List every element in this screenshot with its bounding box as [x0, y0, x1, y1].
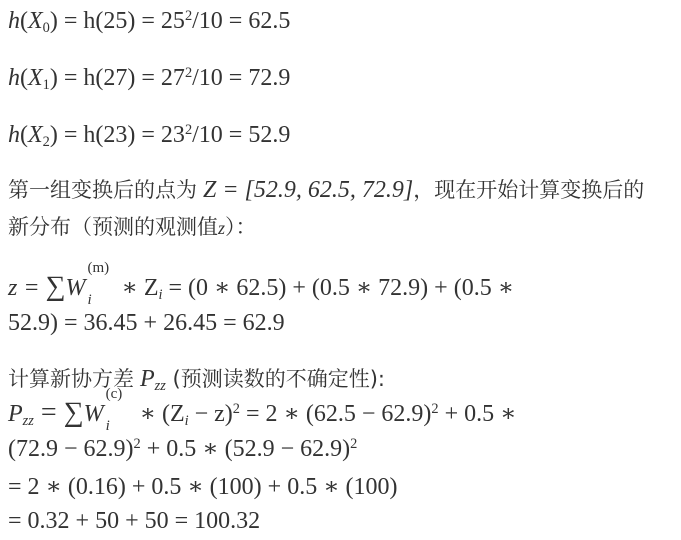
equation-result: /10 = 72.9 — [192, 65, 290, 91]
paragraph-new-covariance: 计算新协方差 Pzz (预测读数的不确定性): — [8, 364, 385, 394]
subscript: 2 — [43, 134, 50, 150]
weight-indices: (m)i — [86, 275, 122, 295]
func-name: h — [8, 8, 20, 34]
formula-part: + 0.5 ∗ — [439, 401, 517, 427]
var-name: X — [28, 65, 43, 91]
exponent: 2 — [185, 8, 192, 24]
paragraph-text: 新分布（预测的观测值 — [8, 215, 218, 239]
paragraph-text: (预测读数的不确定性): — [166, 367, 385, 391]
equation-h-x0: h(X0) = h(25) = 252/10 = 62.5 — [8, 6, 290, 36]
exponent: 2 — [134, 436, 141, 452]
paragraph-text: ）： — [225, 215, 257, 239]
subscript: i — [185, 413, 189, 429]
formula-part: = 2 ∗ (62.5 − 62.9) — [240, 401, 431, 427]
weight-indices: (c)i — [104, 401, 140, 421]
var-name: X — [28, 8, 43, 34]
sum-symbol: ∑ — [46, 271, 66, 302]
superscript: (c) — [106, 379, 123, 409]
subscript: i — [159, 287, 163, 303]
superscript: (m) — [88, 253, 110, 283]
inline-math: Z = [52.9, 62.5, 72.9] — [203, 177, 413, 203]
exponent: 2 — [233, 401, 240, 417]
pzz-formula-line2: (72.9 − 62.9)2 + 0.5 ∗ (52.9 − 62.9)2 — [8, 434, 357, 464]
equation-middle: = h(27) = 27 — [64, 65, 185, 91]
equation-result: /10 = 62.5 — [192, 8, 290, 34]
func-name: h — [8, 65, 20, 91]
exponent: 2 — [185, 65, 192, 81]
exponent: 2 — [185, 122, 192, 138]
sum-symbol: = ∑ — [34, 397, 84, 428]
formula-rest: 52.9) = 36.45 + 26.45 = 62.9 — [8, 310, 285, 336]
lhs: z = — [8, 275, 46, 301]
z-formula-line1: z = ∑W(m)i∗ Zi = (0 ∗ 62.5) + (0.5 ∗ 72.… — [8, 272, 514, 303]
pzz-formula-line1: Pzz = ∑W(c)i∗ (Zi − z)2 = 2 ∗ (62.5 − 62… — [8, 398, 516, 429]
paragraph-transformed-points: 第一组变换后的点为 Z = [52.9, 62.5, 72.9]，现在开始计算变… — [8, 175, 644, 205]
z-formula-line2: 52.9) = 36.45 + 26.45 = 62.9 — [8, 308, 285, 338]
subscript: zz — [155, 378, 166, 394]
paragraph-new-distribution: 新分布（预测的观测值z）： — [8, 212, 257, 243]
lhs: P — [8, 401, 23, 427]
inline-math: P — [140, 366, 155, 392]
inline-math: z — [218, 218, 225, 238]
equation-middle: = h(23) = 23 — [64, 122, 185, 148]
equation-middle: = h(25) = 25 — [64, 8, 185, 34]
equation-result: /10 = 52.9 — [192, 122, 290, 148]
formula-rest: = (0 ∗ 62.5) + (0.5 ∗ 72.9) + (0.5 ∗ — [163, 275, 515, 301]
formula-part: + 0.5 ∗ (52.9 − 62.9) — [141, 436, 350, 462]
subscript: 1 — [43, 77, 50, 93]
weight-var: W — [84, 401, 104, 427]
var-name: X — [28, 122, 43, 148]
equation-h-x1: h(X1) = h(27) = 272/10 = 72.9 — [8, 63, 290, 93]
subscript: zz — [23, 413, 34, 429]
pzz-formula-line3: = 2 ∗ (0.16) + 0.5 ∗ (100) + 0.5 ∗ (100) — [8, 472, 398, 502]
exponent: 2 — [431, 401, 438, 417]
formula-part: − z) — [189, 401, 233, 427]
formula-part: = 0.32 + 50 + 50 = 100.32 — [8, 508, 260, 534]
formula-part: = 2 ∗ (0.16) + 0.5 ∗ (100) + 0.5 ∗ (100) — [8, 474, 398, 500]
pzz-formula-line4: = 0.32 + 50 + 50 = 100.32 — [8, 506, 260, 536]
func-name: h — [8, 122, 20, 148]
formula-part: (72.9 − 62.9) — [8, 436, 134, 462]
times-z: ∗ Z — [122, 275, 159, 301]
weight-var: W — [66, 275, 86, 301]
formula-part: ∗ (Z — [140, 401, 185, 427]
paragraph-text: 第一组变换后的点为 — [8, 178, 197, 202]
exponent: 2 — [350, 436, 357, 452]
subscript: 0 — [43, 20, 50, 36]
equation-h-x2: h(X2) = h(23) = 232/10 = 52.9 — [8, 120, 290, 150]
paragraph-text: ，现在开始计算变换后的 — [413, 178, 644, 202]
